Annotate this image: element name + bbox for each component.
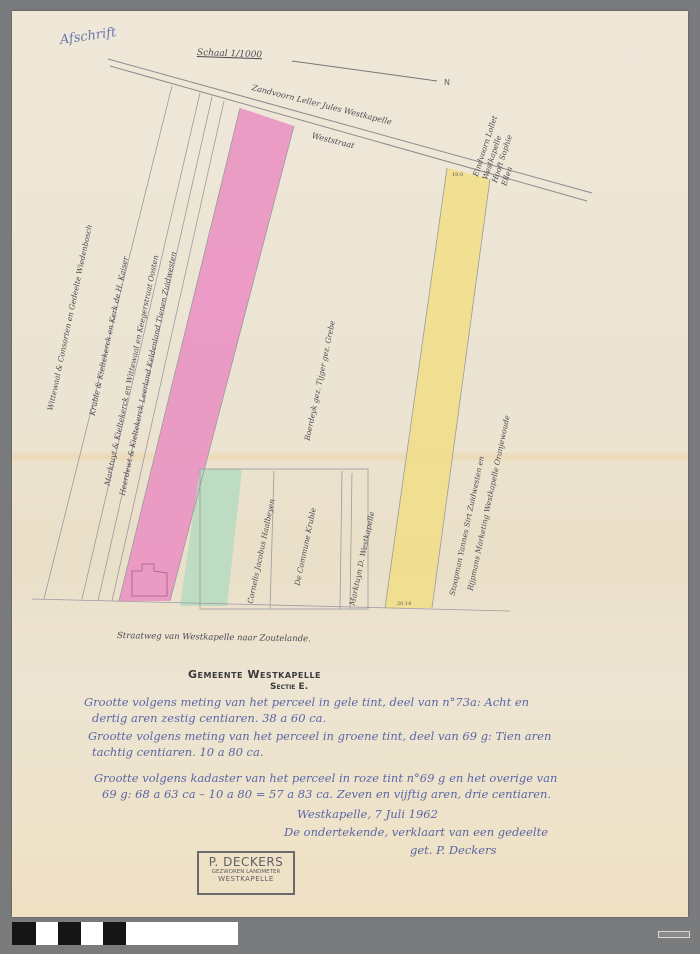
- note-line: Grootte volgens kadaster van het perceel…: [94, 771, 557, 785]
- scale-ruler-mark: [658, 931, 690, 938]
- color-calibration-bar: [12, 922, 238, 945]
- note-line: De ondertekende, verklaart van een gedee…: [284, 825, 548, 839]
- note-line: 69 g: 68 a 63 ca – 10 a 80 = 57 a 83 ca.…: [102, 787, 551, 801]
- note-line: tachtig centiaren. 10 a 80 ca.: [92, 745, 264, 759]
- svg-text:19.0: 19.0: [452, 172, 463, 178]
- note-line: Grootte volgens meting van het perceel i…: [84, 695, 529, 709]
- svg-text:20.14: 20.14: [397, 601, 411, 607]
- svg-text:N: N: [444, 78, 450, 87]
- surveyor-stamp: P. DECKERS GEZWOREN LANDMETER WESTKAPELL…: [197, 851, 295, 895]
- note-line: dertig aren zestig centiaren. 38 a 60 ca…: [92, 711, 326, 725]
- document-sheet: N 19.0 20.14 Afschrift Schaal 1/1000 Zan…: [12, 11, 688, 917]
- date-line: Westkapelle, 7 Juli 1962: [297, 807, 438, 821]
- signature: get. P. Deckers: [410, 843, 496, 857]
- note-line: Grootte volgens meting van het perceel i…: [88, 729, 551, 743]
- document-title: Gemeente Westkapelle: [188, 668, 321, 681]
- document-section: Sectie E.: [270, 682, 308, 692]
